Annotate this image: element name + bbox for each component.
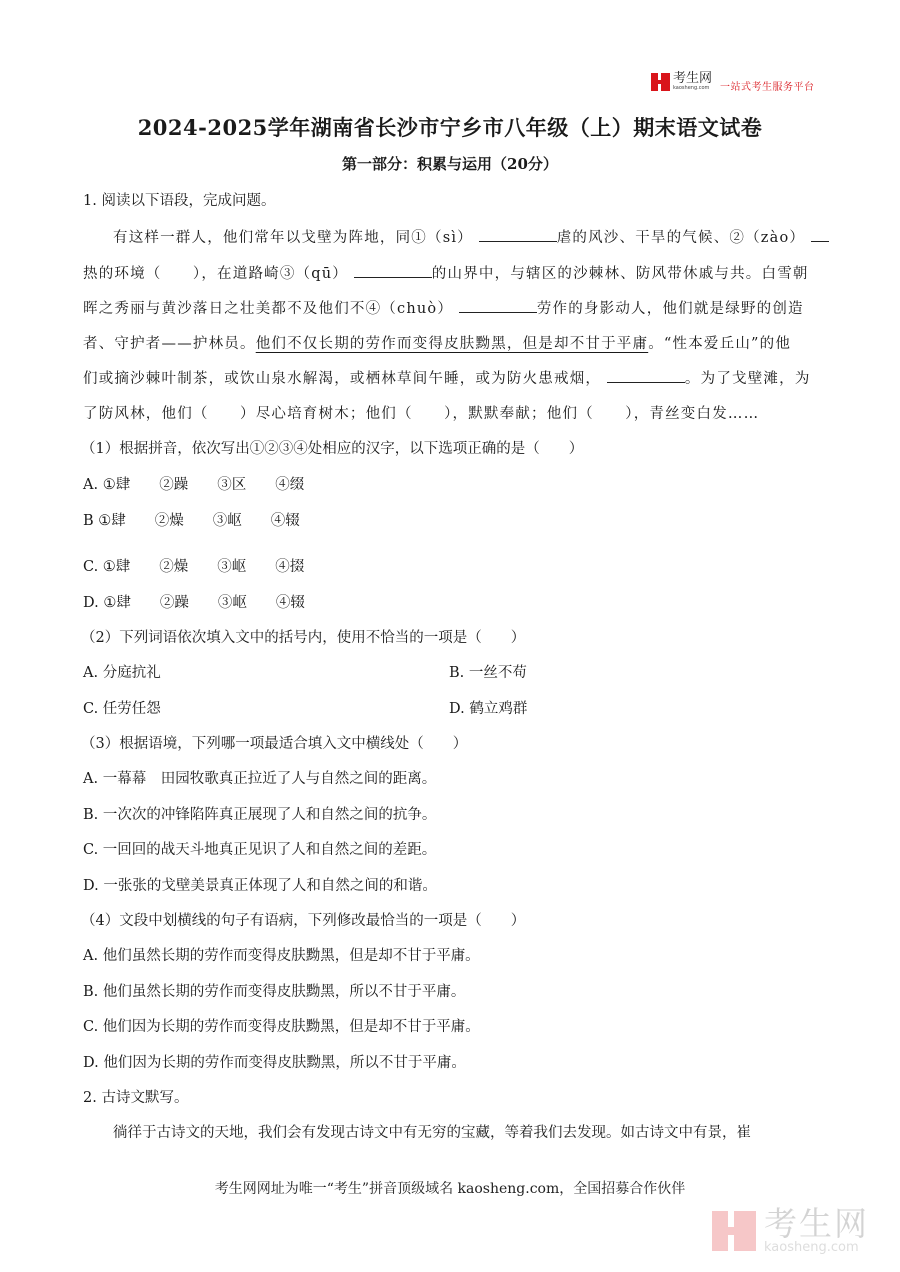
passage-text: 晖之秀丽与黄沙落日之壮美都不及他们不④（chuò）: [83, 301, 453, 317]
passage-line-2: 热的环境（ ），在道路崎③（qū） 的山界中，与辖区的沙棘林、防风带休戚与共。白…: [83, 262, 809, 283]
section-title: 第一部分：积累与运用（20分）: [0, 153, 900, 174]
kaosheng-watermark-icon: [712, 1211, 756, 1251]
sub1-option-c: C. ①肆 ②燥 ③岖 ④掇: [83, 555, 304, 576]
sub2-stem: （2）下列词语依次填入文中的括号内，使用不恰当的一项是（ ）: [81, 626, 525, 647]
passage-text: 虐的风沙、干旱的气候、②（zào）: [557, 230, 805, 246]
q2-stem: 2. 古诗文默写。: [83, 1086, 188, 1107]
sub2-option-a: A. 分庭抗礼: [83, 661, 161, 682]
logo-en-text: kaosheng.com: [673, 86, 712, 91]
passage-text: 。“性本爱丘山”的他: [648, 336, 791, 352]
sub4-option-c: C. 他们因为长期的劳作而变得皮肤黝黑，但是却不甘于平庸。: [83, 1015, 480, 1036]
sub3-option-a: A. 一幕幕 田园牧歌真正拉近了人与自然之间的距离。: [83, 767, 436, 788]
sub3-stem: （3）根据语境，下列哪一项最适合填入文中横线处（ ）: [81, 732, 467, 753]
blank-2: [811, 227, 829, 242]
sub1-option-a: A. ①肆 ②躁 ③区 ④缀: [83, 473, 304, 494]
footer-note: 考生网网址为唯一“考生”拼音顶级域名 kaosheng.com，全国招募合作伙伴: [0, 1178, 900, 1198]
sub4-stem: （4）文段中划横线的句子有语病，下列修改最恰当的一项是（ ）: [81, 909, 525, 930]
logo-cn-text: 考生网: [673, 72, 712, 85]
header-logo: 考生网 kaosheng.com: [651, 72, 712, 91]
sub3-option-b: B. 一次次的冲锋陷阵真正展现了人和自然之间的抗争。: [83, 803, 436, 824]
passage-line-3: 晖之秀丽与黄沙落日之壮美都不及他们不④（chuò） 劳作的身影动人，他们就是绿野…: [83, 297, 804, 318]
watermark-en: kaosheng.com: [764, 1241, 869, 1254]
q1-stem: 1. 阅读以下语段，完成问题。: [83, 189, 275, 210]
sub1-option-d: D. ①肆 ②躁 ③岖 ④辍: [83, 591, 305, 612]
passage-line-4: 者、守护者——护林员。他们不仅长期的劳作而变得皮肤黝黑，但是却不甘于平庸。“性本…: [83, 332, 791, 353]
blank-1: [479, 227, 557, 242]
passage-text: 有这样一群人，他们常年以戈壁为阵地，同①（sì）: [113, 230, 473, 246]
exam-title: 2024-2025学年湖南省长沙市宁乡市八年级（上）期末语文试卷: [0, 112, 900, 142]
passage-line-5: 们或摘沙棘叶制茶，或饮山泉水解渴，或栖林草间午睡，或为防火患戒烟， 。为了戈壁滩…: [83, 367, 811, 388]
sub3-option-c: C. 一回回的战天斗地真正见识了人和自然之间的差距。: [83, 838, 436, 859]
blank-3: [354, 263, 432, 278]
sub4-option-d: D. 他们因为长期的劳作而变得皮肤黝黑，所以不甘于平庸。: [83, 1051, 466, 1072]
passage-text: 。为了戈壁滩，为: [685, 371, 811, 387]
q2-passage: 徜徉于古诗文的天地，我们会有发现古诗文中有无穷的宝藏，等着我们去发现。如古诗文中…: [113, 1121, 751, 1142]
blank-5: [607, 368, 685, 383]
passage-text: 热的环境（ ），在道路崎③（qū）: [83, 266, 348, 282]
sub3-option-d: D. 一张张的戈壁美景真正体现了人和自然之间的和谐。: [83, 874, 437, 895]
sub1-option-b: B ①肆 ②燥 ③岖 ④辍: [83, 509, 300, 530]
sub2-option-d: D. 鹤立鸡群: [449, 697, 527, 718]
passage-text: 的山界中，与辖区的沙棘林、防风带休戚与共。白雪朝: [432, 266, 809, 282]
sub4-option-a: A. 他们虽然长期的劳作而变得皮肤黝黑，但是却不甘于平庸。: [83, 944, 480, 965]
blank-4: [459, 298, 537, 313]
passage-line-1: 有这样一群人，他们常年以戈壁为阵地，同①（sì） 虐的风沙、干旱的气候、②（zà…: [113, 226, 829, 247]
sub2-option-b: B. 一丝不苟: [449, 661, 527, 682]
sub2-option-c: C. 任劳任怨: [83, 697, 161, 718]
sub1-stem: （1）根据拼音，依次写出①②③④处相应的汉字，以下选项正确的是（ ）: [81, 437, 583, 458]
passage-text: 们或摘沙棘叶制茶，或饮山泉水解渴，或栖林草间午睡，或为防火患戒烟，: [83, 371, 601, 387]
kaosheng-logo-icon: [651, 73, 670, 91]
passage-line-6: 了防风林，他们（ ）尽心培育树木；他们（ ），默默奉献；他们（ ），青丝变白发……: [83, 402, 759, 423]
passage-text: 者、守护者——护林员。: [83, 336, 256, 352]
watermark: 考生网 kaosheng.com: [712, 1207, 869, 1254]
passage-text: 劳作的身影动人，他们就是绿野的创造: [537, 301, 804, 317]
underlined-sentence: 他们不仅长期的劳作而变得皮肤黝黑，但是却不甘于平庸: [256, 336, 649, 352]
header-slogan: 一站式考生服务平台: [720, 78, 815, 93]
sub4-option-b: B. 他们虽然长期的劳作而变得皮肤黝黑，所以不甘于平庸。: [83, 980, 465, 1001]
watermark-cn: 考生网: [764, 1207, 869, 1240]
